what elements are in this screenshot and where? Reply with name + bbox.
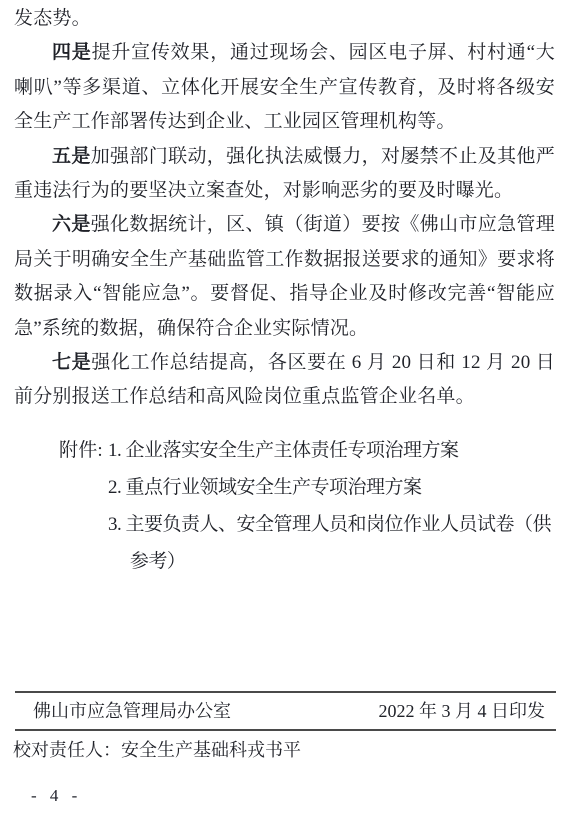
paragraph-four: 四是提升宣传效果，通过现场会、园区电子屏、村村通“大喇叭”等多渠道、立体化开展安… bbox=[14, 36, 555, 139]
paragraph-five-lead: 五是 bbox=[52, 146, 91, 167]
proofreader-line: 校对责任人：安全生产基础科戎书平 bbox=[13, 731, 556, 761]
proofreader-label: 校对责任人： bbox=[13, 740, 121, 760]
attachments-list: 1. 企业落实安全生产主体责任专项治理方案 2. 重点行业领域安全生产专项治理方… bbox=[108, 432, 555, 580]
paragraph-five-text: 加强部门联动，强化执法威慑力，对屡禁不止及其他严重违法行为的要坚决立案查处，对影… bbox=[14, 146, 555, 201]
paragraph-four-text: 提升宣传效果，通过现场会、园区电子屏、村村通“大喇叭”等多渠道、立体化开展安全生… bbox=[14, 42, 555, 132]
attachments-section: 附件: 1. 企业落实安全生产主体责任专项治理方案 2. 重点行业领域安全生产专… bbox=[59, 432, 555, 580]
paragraph-five: 五是加强部门联动，强化执法威慑力，对屡禁不止及其他严重违法行为的要坚决立案查处，… bbox=[14, 140, 555, 209]
paragraph-four-lead: 四是 bbox=[52, 42, 92, 63]
page-number: - 4 - bbox=[31, 786, 78, 806]
paragraph-seven: 七是强化工作总结提高，各区要在 6 月 20 日和 12 月 20 日前分别报送… bbox=[14, 346, 555, 415]
document-footer: 佛山市应急管理局办公室 2022 年 3 月 4 日印发 校对责任人：安全生产基… bbox=[15, 691, 556, 761]
footer-issue-row: 佛山市应急管理局办公室 2022 年 3 月 4 日印发 bbox=[15, 693, 556, 729]
attachment-item-3: 3. 主要负责人、安全管理人员和岗位作业人员试卷（供参考） bbox=[108, 506, 555, 580]
attachment-item-2: 2. 重点行业领域安全生产专项治理方案 bbox=[108, 469, 555, 506]
paragraph-six-lead: 六是 bbox=[52, 214, 91, 235]
paragraph-continuation: 发态势。 bbox=[14, 2, 555, 36]
paragraph-seven-text: 强化工作总结提高，各区要在 6 月 20 日和 12 月 20 日前分别报送工作… bbox=[14, 352, 555, 407]
document-page: 发态势。 四是提升宣传效果，通过现场会、园区电子屏、村村通“大喇叭”等多渠道、立… bbox=[0, 0, 572, 816]
print-date: 2022 年 3 月 4 日印发 bbox=[379, 701, 546, 722]
attachments-label: 附件: bbox=[59, 432, 108, 469]
paragraph-six-text: 强化数据统计，区、镇（街道）要按《佛山市应急管理局关于明确安全生产基础监管工作数… bbox=[14, 214, 555, 338]
attachment-item-1: 1. 企业落实安全生产主体责任专项治理方案 bbox=[108, 432, 555, 469]
document-body: 发态势。 四是提升宣传效果，通过现场会、园区电子屏、村村通“大喇叭”等多渠道、立… bbox=[0, 0, 572, 580]
paragraph-six: 六是强化数据统计，区、镇（街道）要按《佛山市应急管理局关于明确安全生产基础监管工… bbox=[14, 208, 555, 346]
issuing-office: 佛山市应急管理局办公室 bbox=[33, 701, 231, 722]
proofreader-name: 安全生产基础科戎书平 bbox=[121, 740, 301, 760]
paragraph-seven-lead: 七是 bbox=[52, 352, 91, 373]
